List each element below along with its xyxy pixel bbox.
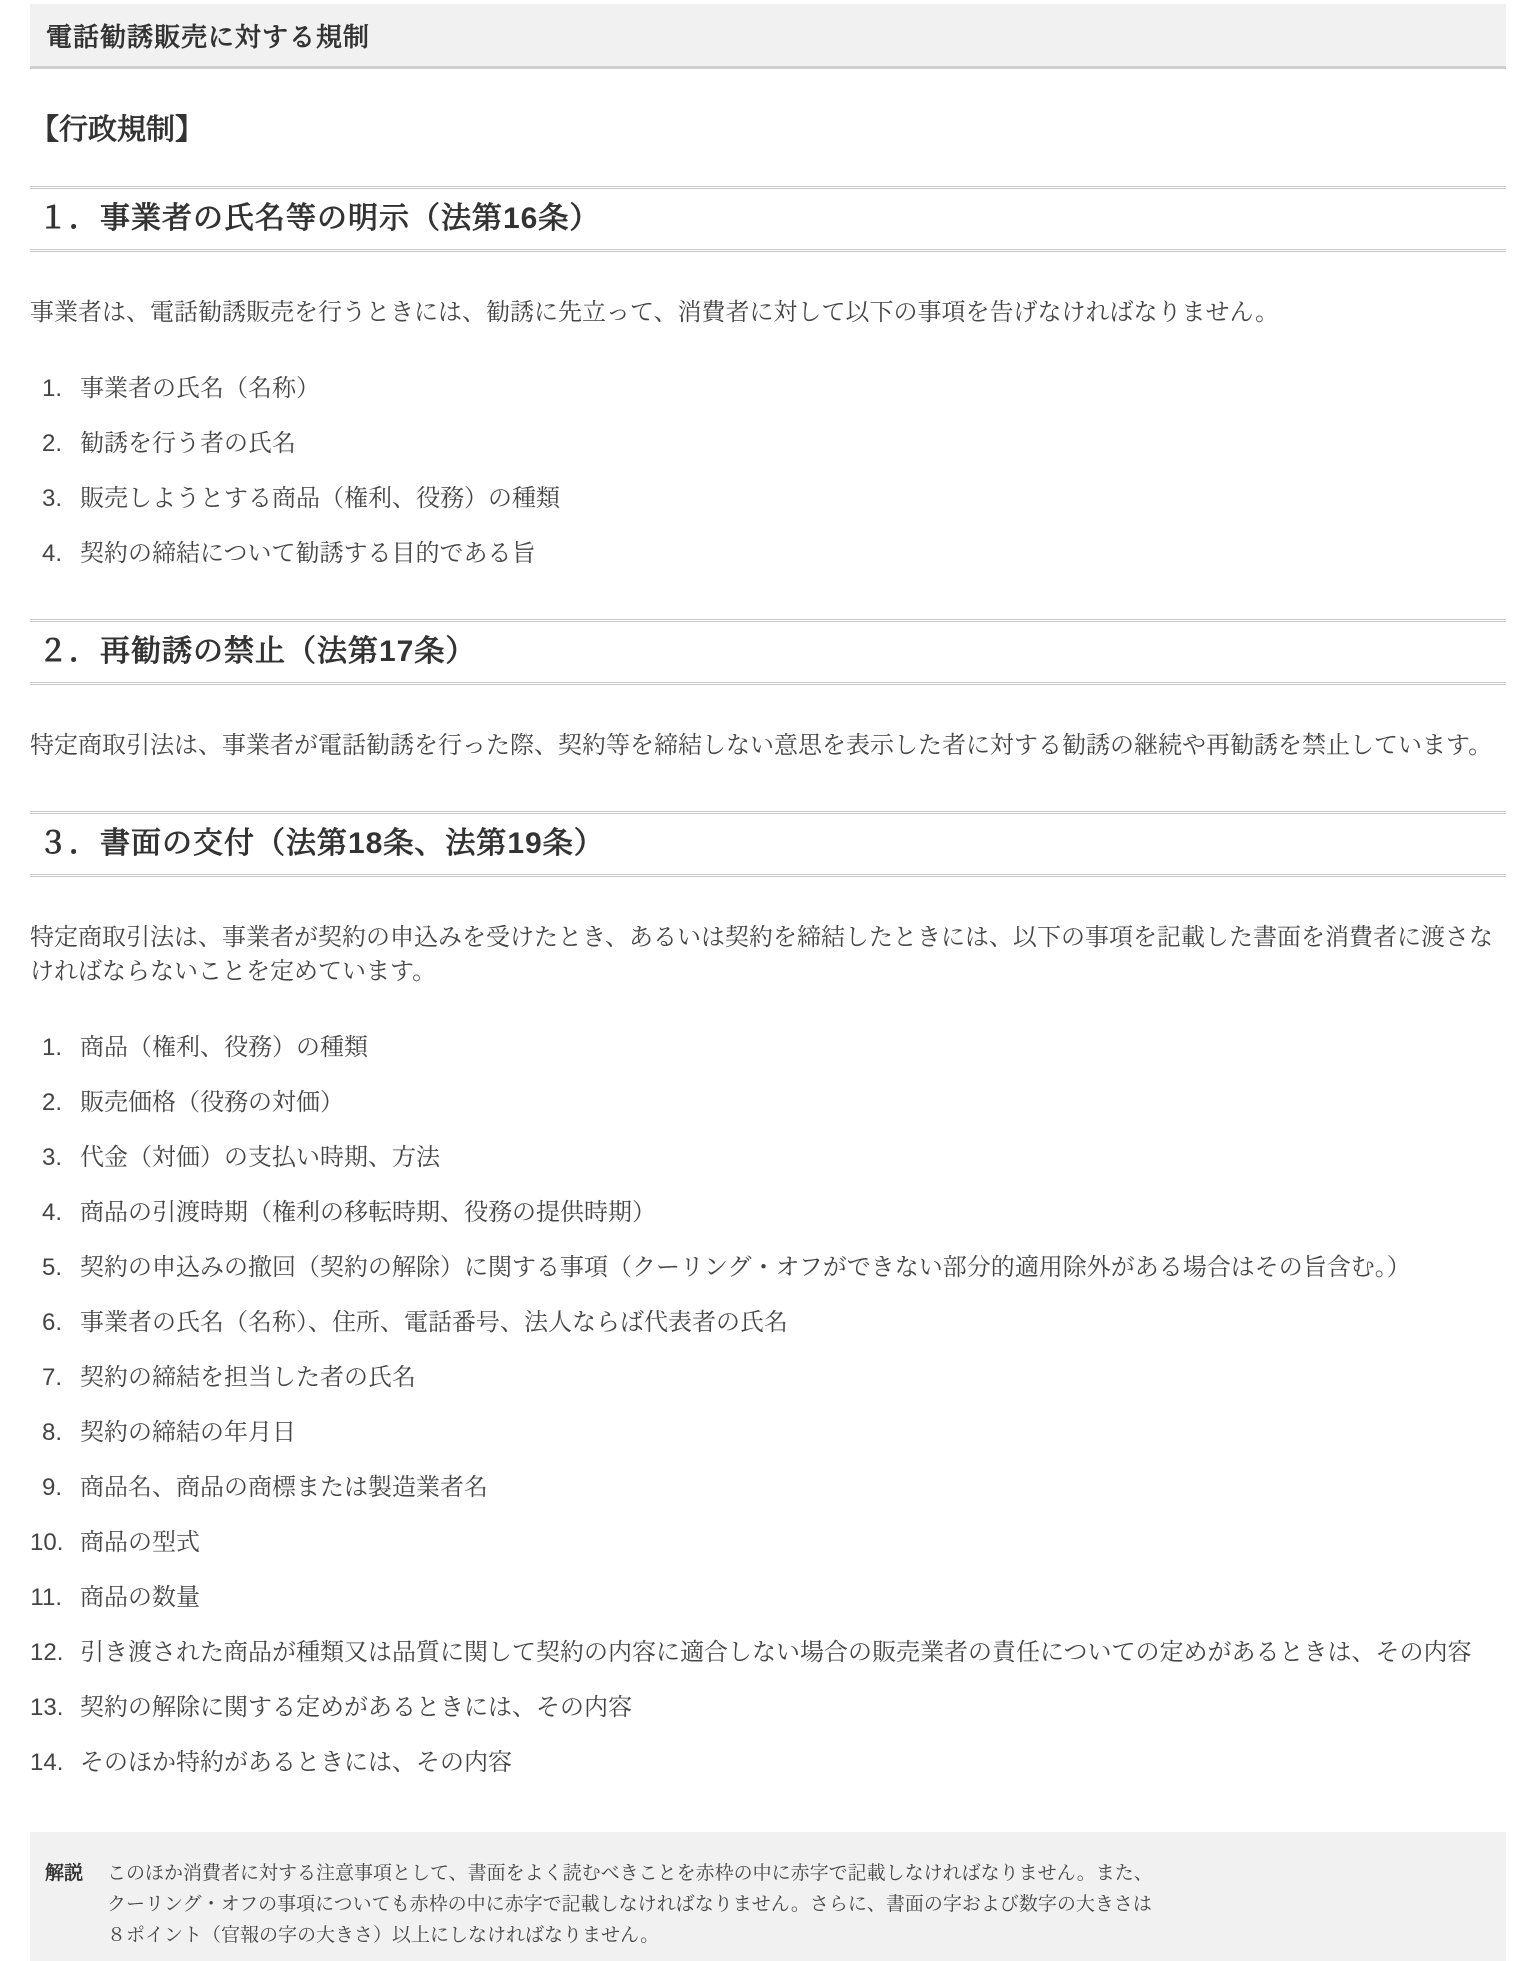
section-article17: ２．再勧誘の禁止（法第17条） 特定商取引法は、事業者が電話勧誘を行った際、契約… xyxy=(30,619,1506,763)
list-item: 商品名、商品の商標または製造業者名 xyxy=(30,1471,1506,1505)
page-header: 電話勧誘販売に対する規制 xyxy=(30,4,1506,69)
list-item: 代金（対価）の支払い時期、方法 xyxy=(30,1141,1506,1175)
list-item: 契約の締結を担当した者の氏名 xyxy=(30,1361,1506,1395)
list-item: そのほか特約があるときには、その内容 xyxy=(30,1746,1506,1780)
list-item: 商品の数量 xyxy=(30,1581,1506,1615)
list-item: 商品の引渡時期（権利の移転時期、役務の提供時期） xyxy=(30,1196,1506,1230)
note-box: 解説 このほか消費者に対する注意事項として、書面をよく読むべきことを赤枠の中に赤… xyxy=(30,1832,1506,1961)
list-item: 販売しようとする商品（権利、役務）の種類 xyxy=(30,482,1506,516)
section-heading: ２．再勧誘の禁止（法第17条） xyxy=(30,619,1506,685)
list-item: 勧誘を行う者の氏名 xyxy=(30,427,1506,461)
numbered-list: 商品（権利、役務）の種類 販売価格（役務の対価） 代金（対価）の支払い時期、方法… xyxy=(30,1031,1506,1780)
list-item: 商品（権利、役務）の種類 xyxy=(30,1031,1506,1065)
category-heading: 【行政規制】 xyxy=(30,107,1506,148)
list-item: 契約の解除に関する定めがあるときには、その内容 xyxy=(30,1691,1506,1725)
page-title: 電話勧誘販売に対する規制 xyxy=(46,22,370,52)
note-label: 解説 xyxy=(45,1858,83,1889)
section-article16: １．事業者の氏名等の明示（法第16条） 事業者は、電話勧誘販売を行うときには、勧… xyxy=(30,186,1506,571)
list-item: 契約の締結について勧誘する目的である旨 xyxy=(30,537,1506,571)
section-article18-19: ３．書面の交付（法第18条、法第19条） 特定商取引法は、事業者が契約の申込みを… xyxy=(30,811,1506,1780)
page: 電話勧誘販売に対する規制 【行政規制】 １．事業者の氏名等の明示（法第16条） … xyxy=(0,0,1536,1961)
section-heading: １．事業者の氏名等の明示（法第16条） xyxy=(30,186,1506,252)
section-paragraph: 特定商取引法は、事業者が契約の申込みを受けたとき、あるいは契約を締結したときには… xyxy=(30,921,1506,989)
list-item: 契約の申込みの撤回（契約の解除）に関する事項（クーリング・オフができない部分的適… xyxy=(30,1251,1506,1285)
section-heading: ３．書面の交付（法第18条、法第19条） xyxy=(30,811,1506,877)
list-item: 事業者の氏名（名称） xyxy=(30,372,1506,406)
numbered-list: 事業者の氏名（名称） 勧誘を行う者の氏名 販売しようとする商品（権利、役務）の種… xyxy=(30,372,1506,571)
list-item: 契約の締結の年月日 xyxy=(30,1416,1506,1450)
section-paragraph: 特定商取引法は、事業者が電話勧誘を行った際、契約等を締結しない意思を表示した者に… xyxy=(30,729,1506,763)
list-item: 引き渡された商品が種類又は品質に関して契約の内容に適合しない場合の販売業者の責任… xyxy=(30,1636,1506,1670)
list-item: 商品の型式 xyxy=(30,1526,1506,1560)
list-item: 事業者の氏名（名称）、住所、電話番号、法人ならば代表者の氏名 xyxy=(30,1306,1506,1340)
note-text: このほか消費者に対する注意事項として、書面をよく読むべきことを赤枠の中に赤字で記… xyxy=(107,1858,1169,1951)
section-paragraph: 事業者は、電話勧誘販売を行うときには、勧誘に先立って、消費者に対して以下の事項を… xyxy=(30,296,1506,330)
list-item: 販売価格（役務の対価） xyxy=(30,1086,1506,1120)
